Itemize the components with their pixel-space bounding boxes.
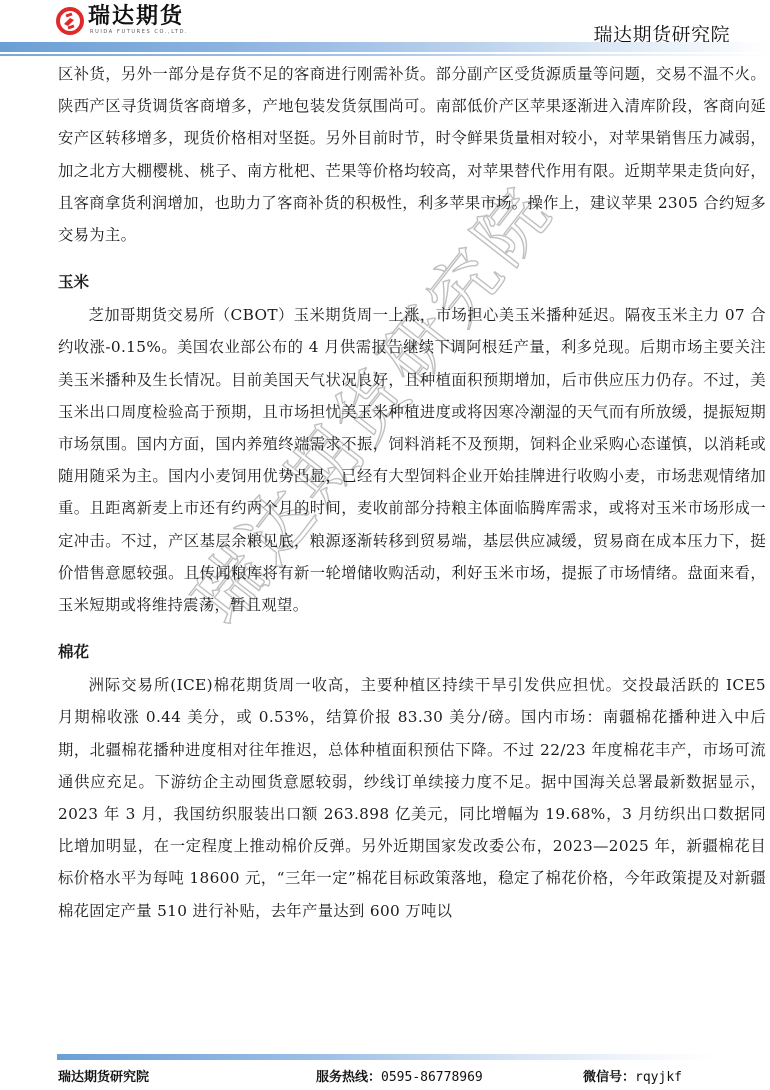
footer-hotline: 服务热线：0595-86778969 [316, 1066, 483, 1085]
wechat-label: 微信号： [583, 1070, 635, 1085]
logo-english-name: RUIDA FUTURES CO.,LTD. [90, 29, 188, 36]
company-logo: 瑞达期货 RUIDA FUTURES CO.,LTD. [56, 5, 188, 36]
hotline-number: 0595-86778969 [381, 1070, 483, 1085]
wechat-id: rqyjkf [635, 1070, 682, 1085]
logo-chinese-name: 瑞达期货 [88, 5, 188, 29]
footer-org: 瑞达期货研究院 [58, 1066, 149, 1085]
apple-paragraph-continued: 区补货，另外一部分是存货不足的客商进行刚需补货。部分副产区受货源质量等问题，交易… [58, 58, 766, 251]
hotline-label: 服务热线： [316, 1070, 381, 1085]
section-title-corn: 玉米 [58, 265, 766, 299]
section-title-cotton: 棉花 [58, 635, 766, 669]
header-divider-line [0, 54, 770, 56]
footer-wechat: 微信号：rqyjkf [583, 1066, 682, 1085]
corn-paragraph: 芝加哥期货交易所（CBOT）玉米期货周一上涨，市场担心美玉米播种延迟。隔夜玉米主… [58, 299, 766, 621]
report-body: 区补货，另外一部分是存货不足的客商进行刚需补货。部分副产区受货源质量等问题，交易… [58, 58, 766, 927]
ruida-logo-icon [56, 7, 84, 35]
page-header: 瑞达期货 RUIDA FUTURES CO.,LTD. 瑞达期货研究院 [0, 0, 770, 56]
page-footer: 瑞达期货研究院 服务热线：0595-86778969 微信号：rqyjkf [58, 1066, 758, 1086]
footer-divider-bar [57, 1054, 717, 1060]
header-divider-bar [0, 42, 770, 52]
cotton-paragraph: 洲际交易所(ICE)棉花期货周一收高，主要种植区持续干旱引发供应担忧。交投最活跃… [58, 669, 766, 927]
